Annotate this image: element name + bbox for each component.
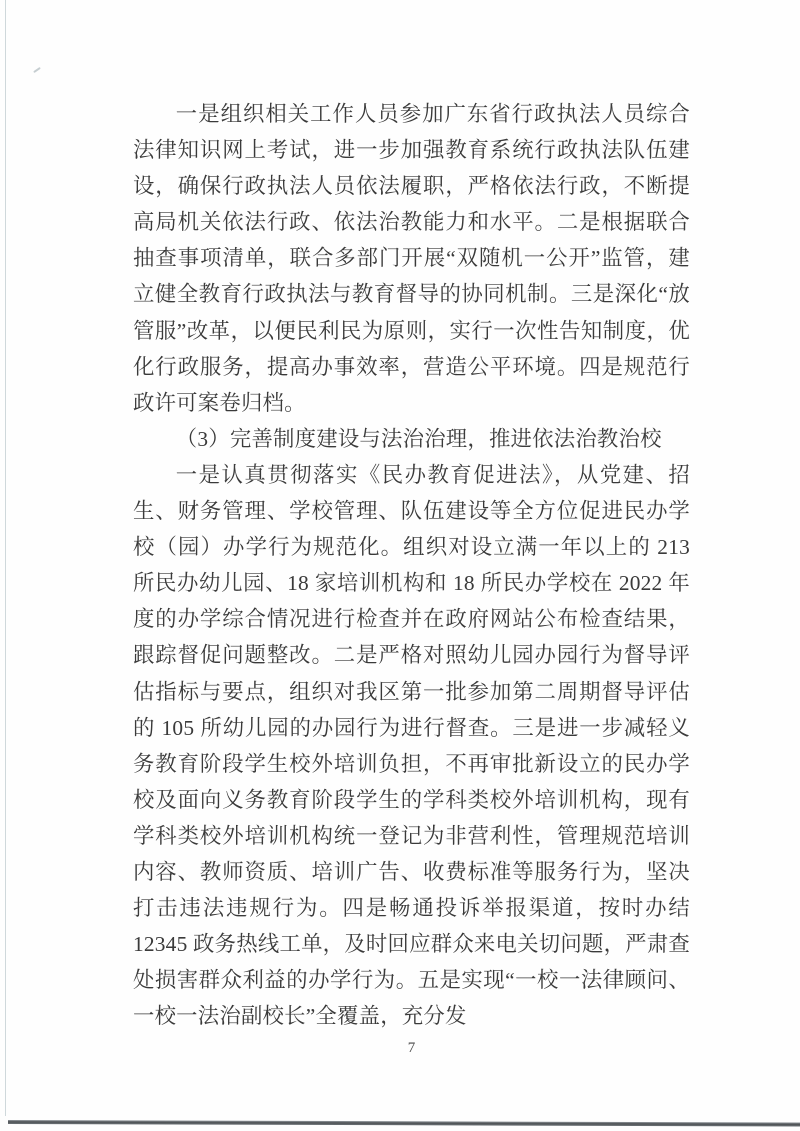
document-page: 一是组织相关工作人员参加广东省行政执法人员综合法律知识网上考试，进一步加强教育系… <box>0 0 800 1131</box>
scan-edge-left-line <box>5 0 6 1116</box>
paragraph-enforcement-measures: 一是组织相关工作人员参加广东省行政执法人员综合法律知识网上考试，进一步加强教育系… <box>133 96 690 421</box>
paragraph-private-school-governance: 一是认真贯彻落实《民办教育促进法》，从党建、招生、财务管理、学校管理、队伍建设等… <box>133 457 690 1035</box>
scan-edge-bottom-line <box>8 1120 800 1126</box>
scan-speck <box>33 67 41 73</box>
paragraph-section-3-heading: （3）完善制度建设与法治治理，推进依法治教治校 <box>133 421 690 457</box>
document-body-text: 一是组织相关工作人员参加广东省行政执法人员综合法律知识网上考试，进一步加强教育系… <box>133 96 690 1034</box>
page-number: 7 <box>133 1040 690 1057</box>
